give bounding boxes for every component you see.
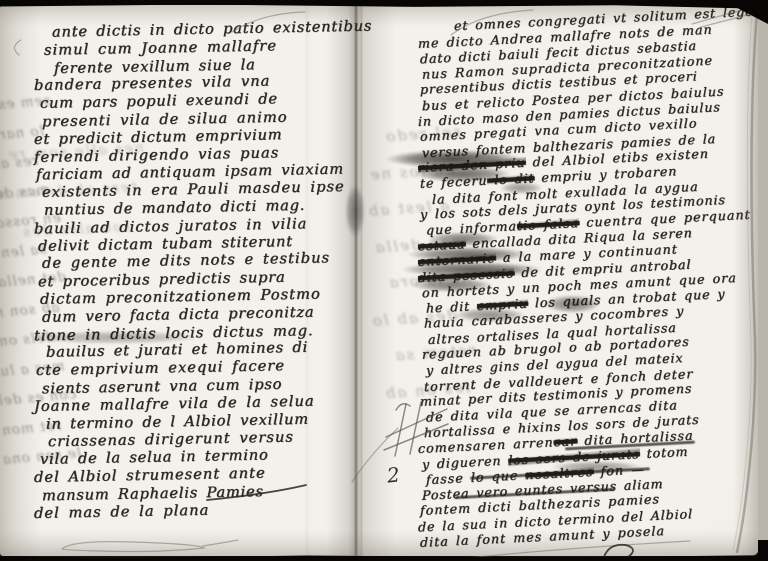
text-segment: totom [640, 443, 689, 460]
manuscript-scan: sem esnerlo nar sedres ab onetmas de les… [0, 0, 768, 561]
text-segment: ferente vexillum siue la [54, 56, 256, 77]
margin-note: 2 [386, 462, 401, 487]
text-segment: fon — [594, 462, 645, 480]
struck-text: estaua [418, 236, 466, 253]
struck-text: lo dit [487, 170, 534, 187]
right-page-text: et omnes congregati vt solitum est leger… [418, 3, 758, 550]
text-segment: et proceribus predictis supra [38, 269, 285, 291]
scan-edge-right [758, 0, 768, 561]
text-segment: presenti vila de silua animo [42, 109, 288, 131]
struck-text: car [554, 433, 578, 449]
struck-text: nosaltres [525, 464, 593, 482]
text-segment: mansum Raphaelis Pamies [42, 483, 264, 504]
text-segment: sients aserunt vna cum ipso [42, 376, 282, 398]
text-segment: criassenas dirigerunt versus [48, 429, 294, 451]
page-right: sel redoba los nea lest abson dellane ls… [356, 5, 758, 556]
page-left: sem esnerlo nar sedres ab onetmas de les… [0, 5, 356, 556]
left-page-text: ante dictis in dicto patio existentibuss… [34, 18, 346, 522]
struck-text: tio falsa [517, 215, 579, 233]
